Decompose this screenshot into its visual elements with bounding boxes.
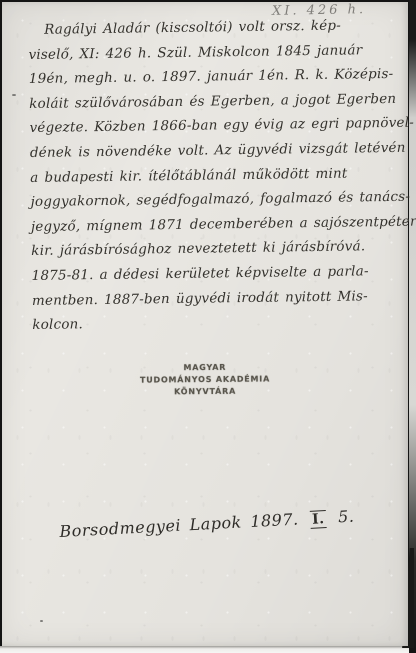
source-citation: Borsodmegyei Lapok 1897. I. 5.: [59, 507, 355, 541]
note-line: kolcon.: [32, 308, 404, 338]
citation-volume-numeral: I.: [310, 510, 327, 529]
citation-page: 5.: [338, 507, 355, 527]
index-card-paper: XI. 426 h. Ragályi Aladár (kiscsoltói) v…: [2, 2, 408, 646]
library-stamp: MAGYAR TUDOMÁNYOS AKADÉMIA KÖNYVTÁRA: [120, 361, 290, 398]
citation-text: Borsodmegyei Lapok 1897.: [59, 509, 299, 541]
paper-speck: [12, 94, 16, 96]
scan-edge-bottom: [0, 646, 409, 653]
paper-speck: [40, 620, 43, 622]
stamp-line-3: KÖNYVTÁRA: [120, 385, 290, 398]
scanned-card-photo: XI. 426 h. Ragályi Aladár (kiscsoltói) v…: [0, 0, 416, 653]
stamp-line-2: TUDOMÁNYOS AKADÉMIA: [120, 373, 290, 386]
handwritten-note: Ragályi Aladár (kiscsoltói) volt orsz. k…: [28, 13, 404, 338]
